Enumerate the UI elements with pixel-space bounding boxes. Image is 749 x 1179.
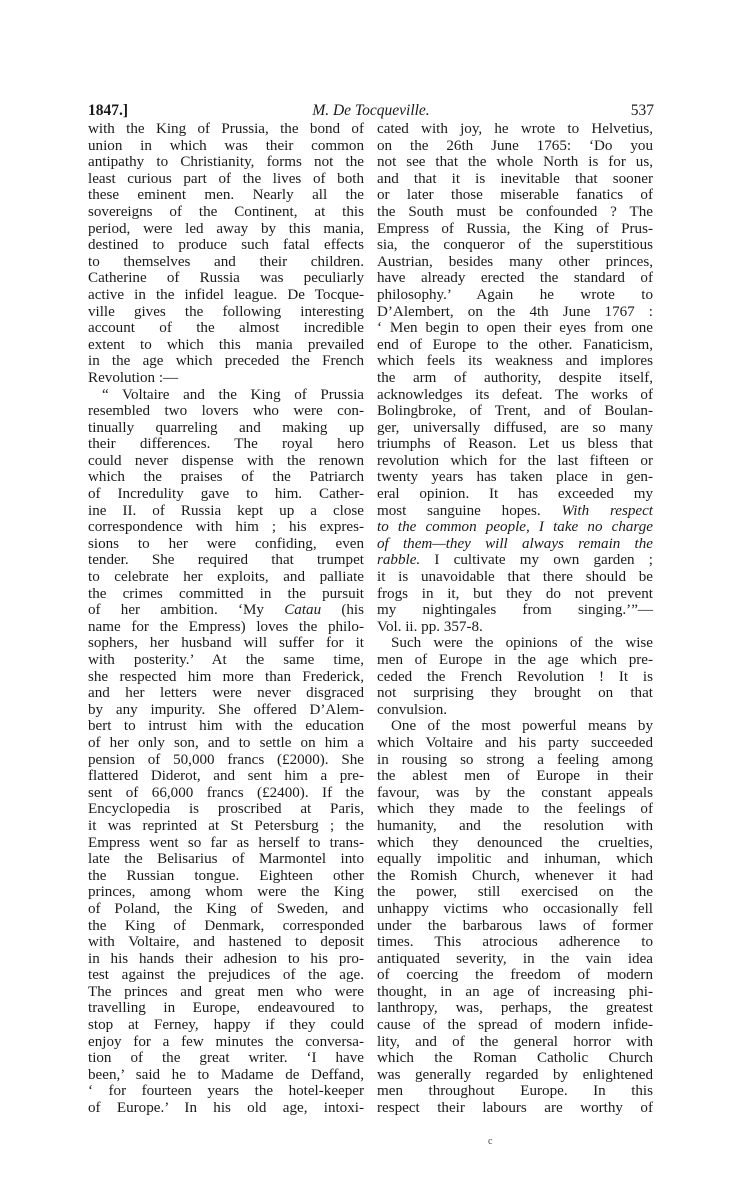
text-line: sia, the conqueror of the superstitious — [377, 237, 653, 254]
text-line: active in the infidel league. De Tocque- — [88, 287, 364, 304]
text-line: their differences. The royal hero — [88, 436, 364, 453]
text-line: triumphs of Reason. Let us bless that — [377, 436, 653, 453]
text-line: Bolingbroke, of Trent, and of Boulan- — [377, 403, 653, 420]
text-line: sovereigns of the Continent, at this — [88, 204, 364, 221]
right-text-column: cated with joy, he wrote to Helvetius,on… — [377, 121, 653, 1117]
text-line: ville gives the following interesting — [88, 304, 364, 321]
text-line: ‘ for fourteen years the hotel-keeper — [88, 1083, 364, 1100]
text-line: One of the most powerful means by — [377, 718, 653, 735]
italic-emphasis: Catau — [284, 602, 321, 618]
text-line: tender. She required that trumpet — [88, 552, 364, 569]
left-text-column: with the King of Prussia, the bond ofuni… — [88, 121, 364, 1117]
stray-print-mark: c — [488, 1136, 492, 1147]
text-line: ger, universally diffused, are so many — [377, 420, 653, 437]
header-title: M. De Tocqueville. — [88, 102, 654, 120]
text-line: twenty years has taken place in gen- — [377, 469, 653, 486]
text-line: princes, among whom were the King — [88, 884, 364, 901]
text-line: humanity, and the resolution with — [377, 818, 653, 835]
text-line: not see that the whole North is for us, — [377, 154, 653, 171]
text-line: lanthropy, was, perhaps, the greatest — [377, 1000, 653, 1017]
text-line: convulsion. — [377, 702, 653, 719]
text-line: and her letters were never disgraced — [88, 685, 364, 702]
text-line: Such were the opinions of the wise — [377, 635, 653, 652]
text-line: destined to produce such fatal effects — [88, 237, 364, 254]
text-line: been,’ said he to Madame de Deffand, — [88, 1067, 364, 1084]
text-line: Catherine of Russia was peculiarly — [88, 270, 364, 287]
text-line: which Voltaire and his party succeeded — [377, 735, 653, 752]
text-line: the South must be confounded ? The — [377, 204, 653, 221]
text-line: bert to intrust him with the education — [88, 718, 364, 735]
text-line: of her only son, and to settle on him a — [88, 735, 364, 752]
text-line: men throughout Europe. In this — [377, 1083, 653, 1100]
text-line: the arm of authority, despite itself, — [377, 370, 653, 387]
text-line: Austrian, besides many other princes, — [377, 254, 653, 271]
text-line: sent of 66,000 francs (£2400). If the — [88, 785, 364, 802]
text-line: not surprising they brought on that — [377, 685, 653, 702]
text-line: “ Voltaire and the King of Prussia — [88, 387, 364, 404]
text-line: equally impolitic and inhuman, which — [377, 851, 653, 868]
text-line: the King of Denmark, corresponded — [88, 918, 364, 935]
text-line: of them—they will always remain the — [377, 536, 653, 553]
text-line: men of Europe in the age which pre- — [377, 652, 653, 669]
italic-emphasis: With respect — [561, 503, 653, 519]
text-line: have already erected the standard of — [377, 270, 653, 287]
text-line: to the common people, I take no charge — [377, 519, 653, 536]
italic-emphasis: to the common people, I take no charge — [377, 519, 653, 535]
text-line: period, were led away by this mania, — [88, 221, 364, 238]
text-line: tion of the great writer. ‘I have — [88, 1050, 364, 1067]
text-line: test against the prejudices of the age. — [88, 967, 364, 984]
text-line: of her ambition. ‘My Catau (his — [88, 602, 364, 619]
text-line: ‘ Men begin to open their eyes from one — [377, 320, 653, 337]
text-line: unhappy victims who occasionally fell — [377, 901, 653, 918]
text-line: least curious part of the lives of both — [88, 171, 364, 188]
italic-emphasis: of them—they will always remain the — [377, 536, 653, 552]
text-line: under the barbarous laws of former — [377, 918, 653, 935]
text-line: revolution which for the last fifteen or — [377, 453, 653, 470]
text-line: philosophy.’ Again he wrote to — [377, 287, 653, 304]
text-line: frogs in it, but they do not prevent — [377, 586, 653, 603]
text-line: she respected him more than Frederick, — [88, 669, 364, 686]
text-line: Vol. ii. pp. 357-8. — [377, 619, 653, 636]
text-line: of Incredulity gave to him. Cather- — [88, 486, 364, 503]
text-line: these eminent men. Nearly all the — [88, 187, 364, 204]
text-line: antiquated severity, in the vain idea — [377, 951, 653, 968]
text-line: Empress of Russia, the King of Prus- — [377, 221, 653, 238]
text-line: account of the almost incredible — [88, 320, 364, 337]
text-line: to themselves and their children. — [88, 254, 364, 271]
text-line: respect their labours are worthy of — [377, 1100, 653, 1117]
text-line: thought, in an age of increasing phi- — [377, 984, 653, 1001]
text-line: the ablest men of Europe in their — [377, 768, 653, 785]
text-line: the Russian tongue. Eighteen other — [88, 868, 364, 885]
text-line: in the age which preceded the French — [88, 353, 364, 370]
text-line: end of Europe to the other. Fanaticism, — [377, 337, 653, 354]
text-line: it is unavoidable that there should be — [377, 569, 653, 586]
text-line: of Poland, the King of Sweden, and — [88, 901, 364, 918]
text-line: lity, and of the general horror with — [377, 1034, 653, 1051]
text-line: The princes and great men who were — [88, 984, 364, 1001]
text-line: the power, still exercised on the — [377, 884, 653, 901]
text-line: enjoy for a few minutes the conversa- — [88, 1034, 364, 1051]
text-line: name for the Empress) loves the philo- — [88, 619, 364, 636]
text-line: which the praises of the Patriarch — [88, 469, 364, 486]
text-line: with the King of Prussia, the bond of — [88, 121, 364, 138]
text-line: D’Alembert, on the 4th June 1767 : — [377, 304, 653, 321]
text-line: antipathy to Christianity, forms not the — [88, 154, 364, 171]
text-line: in his hands their adhesion to his pro- — [88, 951, 364, 968]
text-line: flattered Diderot, and sent him a pre- — [88, 768, 364, 785]
text-line: resembled two lovers who were con- — [88, 403, 364, 420]
text-line: which feels its weakness and implores — [377, 353, 653, 370]
text-line: could never dispense with the renown — [88, 453, 364, 470]
text-line: with posterity.’ At the same time, — [88, 652, 364, 669]
text-line: travelling in Europe, endeavoured to — [88, 1000, 364, 1017]
page-number: 537 — [631, 102, 654, 120]
text-line: Empress went so far as herself to trans- — [88, 835, 364, 852]
text-line: was generally regarded by enlightened — [377, 1067, 653, 1084]
text-line: Encyclopedia is proscribed at Paris, — [88, 801, 364, 818]
text-line: cause of the spread of modern infide- — [377, 1017, 653, 1034]
text-line: of coercing the freedom of modern — [377, 967, 653, 984]
text-line: which they denounced the cruelties, — [377, 835, 653, 852]
text-line: the Romish Church, whenever it had — [377, 868, 653, 885]
running-header: 1847.] M. De Tocqueville. 537 — [88, 102, 654, 122]
text-line: stop at Ferney, happy if they could — [88, 1017, 364, 1034]
text-line: and that it is inevitable that sooner — [377, 171, 653, 188]
text-line: extent to which this mania prevailed — [88, 337, 364, 354]
text-line: in rousing so strong a feeling among — [377, 752, 653, 769]
text-line: times. This atrocious adherence to — [377, 934, 653, 951]
text-line: ine II. of Russia kept up a close — [88, 503, 364, 520]
text-line: eral opinion. It has exceeded my — [377, 486, 653, 503]
text-line: ceded the French Revolution ! It is — [377, 669, 653, 686]
text-line: sions to her were confiding, even — [88, 536, 364, 553]
text-line: union in which was their common — [88, 138, 364, 155]
text-line: Revolution :— — [88, 370, 364, 387]
text-line: with Voltaire, and hastened to deposit — [88, 934, 364, 951]
italic-emphasis: rabble. — [377, 552, 420, 568]
text-line: acknowledges its defeat. The works of — [377, 387, 653, 404]
text-line: correspondence with him ; his expres- — [88, 519, 364, 536]
text-line: the crimes committed in the pursuit — [88, 586, 364, 603]
text-line: tinually quarreling and making up — [88, 420, 364, 437]
text-line: or later those miserable fanatics of — [377, 187, 653, 204]
text-line: most sanguine hopes. With respect — [377, 503, 653, 520]
text-line: of Europe.’ In his old age, intoxi- — [88, 1100, 364, 1117]
text-line: pension of 50,000 francs (£2000). She — [88, 752, 364, 769]
text-line: favour, was by the constant appeals — [377, 785, 653, 802]
text-line: which they made to the feelings of — [377, 801, 653, 818]
text-line: rabble. I cultivate my own garden ; — [377, 552, 653, 569]
text-line: my nightingales from singing.’”— — [377, 602, 653, 619]
text-line: which the Roman Catholic Church — [377, 1050, 653, 1067]
text-line: to celebrate her exploits, and palliate — [88, 569, 364, 586]
text-line: on the 26th June 1765: ‘Do you — [377, 138, 653, 155]
text-line: sophers, her husband will suffer for it — [88, 635, 364, 652]
text-line: cated with joy, he wrote to Helvetius, — [377, 121, 653, 138]
text-line: by any impurity. She offered D’Alem- — [88, 702, 364, 719]
text-line: late the Belisarius of Marmontel into — [88, 851, 364, 868]
text-line: it was reprinted at St Petersburg ; the — [88, 818, 364, 835]
